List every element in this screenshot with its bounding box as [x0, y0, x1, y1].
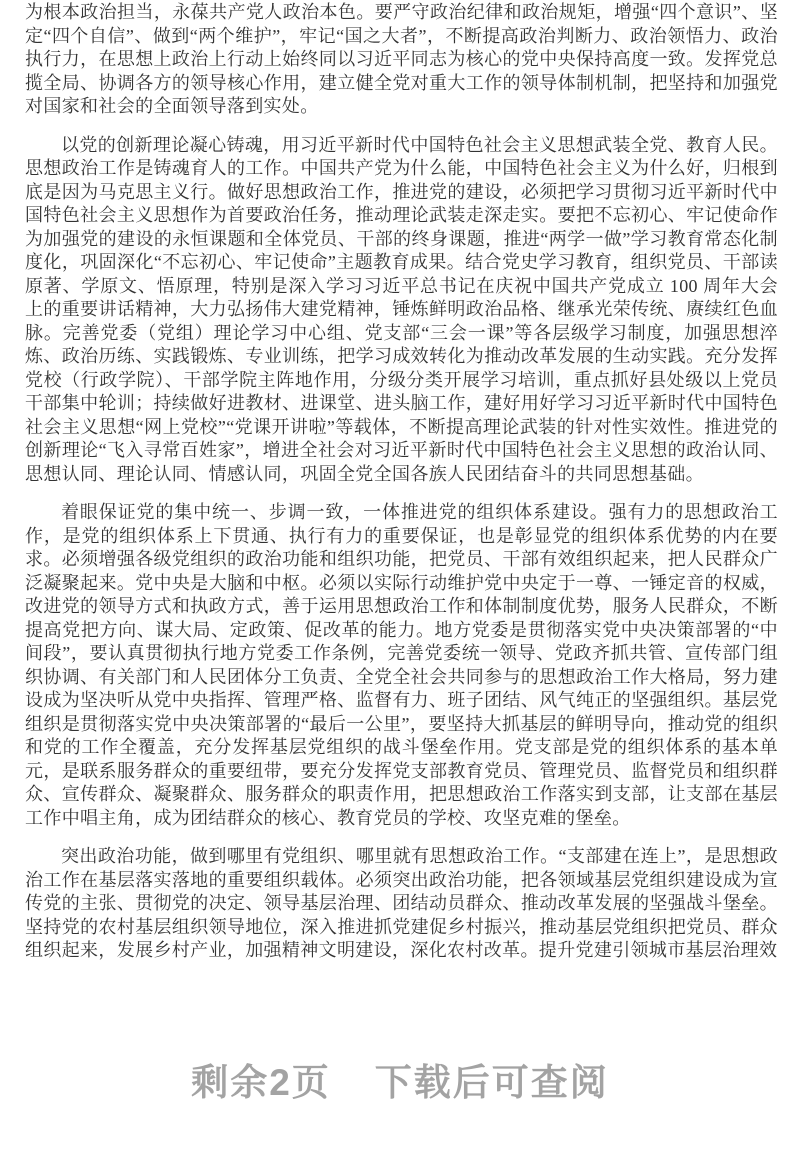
page-remaining-notice: 剩余2页下载后可查阅 — [0, 1052, 800, 1106]
body-paragraph-1: 为根本政治担当，永葆共产党人政治本色。要严守政治纪律和政治规矩，增强“四个意识”… — [25, 1, 778, 119]
document-body: 为根本政治担当，永葆共产党人政治本色。要严守政治纪律和政治规矩，增强“四个意识”… — [25, 1, 778, 978]
download-hint-label: 下载后可查阅 — [375, 1052, 609, 1106]
document-preview-page: 为根本政治担当，永葆共产党人政治本色。要严守政治纪律和政治规矩，增强“四个意识”… — [0, 0, 800, 1158]
body-paragraph-4: 突出政治功能，做到哪里有党组织、哪里就有思想政治工作。“支部建在连上”，是思想政… — [25, 845, 778, 963]
body-paragraph-3: 着眼保证党的集中统一、步调一致，一体推进党的组织体系建设。强有力的思想政治工作，… — [25, 501, 778, 830]
body-paragraph-2: 以党的创新理论凝心铸魂，用习近平新时代中国特色社会主义思想武装全党、教育人民。思… — [25, 134, 778, 487]
remaining-pages-label: 剩余2页 — [191, 1052, 331, 1106]
